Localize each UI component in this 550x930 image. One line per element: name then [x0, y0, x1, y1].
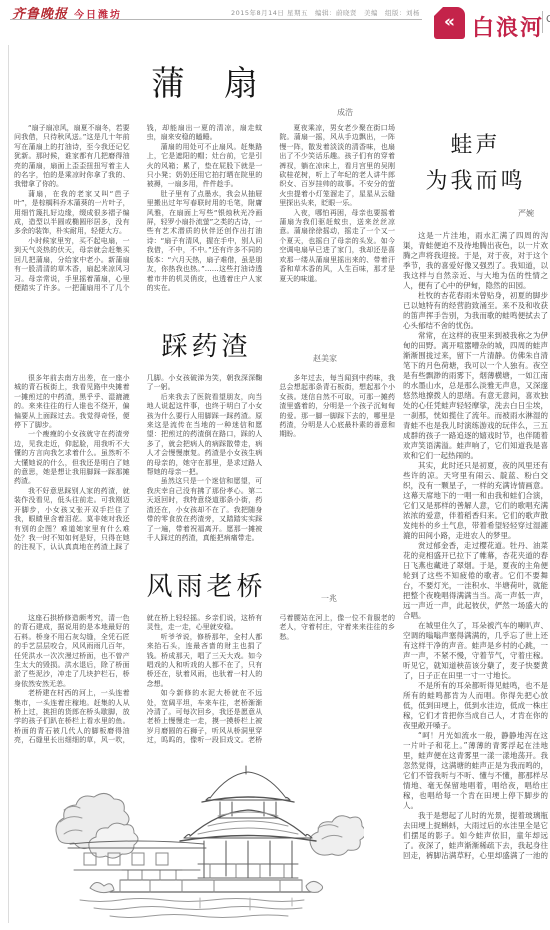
article-title: 蒲 扇: [14, 56, 395, 105]
paragraph: 不是所有的耳朵都听得见蛙鸣，也不是所有的蛙鸣都肯为人而唱。你得先把心放低，低到田…: [403, 681, 548, 731]
paragraph: 虽然这只是一个迷信和愿望，可我庆幸自己没有拂了那份孝心。第二天返回时，我特意绕道…: [147, 477, 263, 543]
article-body: 这是一片洼地，雨水汇满了四周的沟渠，青蛙便迫不及待地腾出夜色，以一片欢腾之声将我…: [403, 231, 548, 879]
paragraph: “呵！月光如流水一般，静静地泻在这一片叶子和花上。”薄薄的青雾浮起在洼地里，蛙声…: [403, 731, 548, 811]
article-author: 赵美家: [313, 353, 337, 364]
section-divider: [542, 11, 543, 33]
paragraph: 蒲扇的用处可不止扇风。赶集路上，它是遮阳的帽；灶台前，它是引火的风箱；累了，垫在…: [147, 143, 263, 190]
article-title: 踩药渣: [14, 326, 395, 363]
paragraph: 在城里住久了，耳朵被汽车的喇叭声、空调的嗡嗡声塞得满满的，几乎忘了世上还有这样干…: [403, 621, 548, 681]
article-body: 很多年前去南方出差，在一座小城的青石板街上，我看见路中央摊着一摊煎过的中药渣，黑…: [14, 374, 395, 554]
paragraph: 入夜，哪怕再困，母亲也要摇着蒲扇为我们驱赶蚊虫，送来丝丝凉意。蒲扇徐徐摇动，摇走…: [279, 209, 395, 284]
article-pushan: 蒲 扇 成浩 “扇子扇凉风，扇夏不扇冬，若要问我借，只待秋风送。”这是几十年前写…: [14, 56, 395, 312]
paragraph: 后来我去了医院看望朋友，向当地人说起这件事，也终于明白了小女孩为什么要行人用脚踩…: [147, 393, 263, 478]
page-number: C11: [546, 14, 550, 25]
pavilion-bridge-ink-sketch: [50, 752, 364, 926]
section-name: 白浪河: [472, 11, 544, 42]
paragraph: 夏夜乘凉，男女老少聚在街口场院。蒲扇一摇，风从手边飘出，一阵慢一阵，散发着淡淡的…: [279, 124, 395, 209]
guillemet-icon: «: [434, 11, 465, 33]
newspaper-page: 齐鲁晚报今日潍坊 2015年8月14日 星期五 编辑：蔚晓贤 美编 组版：刘杨 …: [0, 0, 550, 930]
article-title: 风雨老桥: [14, 566, 395, 603]
article-title-line2: 为我而鸣: [403, 164, 548, 200]
paragraph: 赏过郁金香，走过樱花道。牡丹、油菜花的竞相盛开已拉下了帷幕，杏花夹道的春日飞燕也…: [403, 541, 548, 621]
paragraph: 听爷爷说，修桥那年，全村人都来抬石头，连最吝啬的财主也捐了钱。桥成那天，唱了三天…: [147, 633, 263, 689]
article-fengyulaoqiao: 风雨老桥 一兆 这座石拱桥修造颇考究，清一色的青石建成，据说用的是本地最好的石料…: [14, 566, 395, 747]
article-caiyaozha: 踩药渣 赵美家 很多年前去南方出差，在一座小城的青石板街上，我看见路中央摊着一摊…: [14, 326, 395, 554]
article-washeng: 蛙声 为我而鸣 严婉 这是一片洼地，雨水汇满了四周的沟渠，青蛙便迫不及待地腾出夜…: [403, 128, 548, 879]
section-badge-icon: «: [434, 7, 465, 39]
paragraph: 肚子里有了点墨水，我会从抽屉里搬出过年写春联时用的毛笔，附庸风雅，在扇面上写些“…: [147, 190, 263, 293]
article-title-line1: 蛙声: [403, 128, 548, 164]
paragraph: 常常，在这样的夜里来到被我称之为伊甸的田野。离开喧嚣嘈杂的城，四周的蛙声渐渐围拢…: [403, 331, 548, 461]
paragraph: 一个瘦瘦的小女孩就守在药渣旁边，见我走近，仰起脸，用我听不大懂的方言向我乞求着什…: [14, 430, 130, 486]
paragraph: 这座石拱桥修造颇考究，清一色的青石建成，据说用的是本地最好的石料。桥身不用石灰勾…: [14, 614, 130, 689]
paragraph: 这是一片洼地，雨水汇满了四周的沟渠，青蛙便迫不及待地腾出夜色，以一片欢腾之声将我…: [403, 231, 548, 291]
left-column-rule: [8, 45, 9, 923]
header-rule: [10, 19, 422, 20]
section-header: « 白浪河 C11: [428, 4, 550, 42]
paragraph: “扇子扇凉风，扇夏不扇冬，若要问我借，只待秋风送。”这是几十年前写在蒲扇上的打油…: [14, 124, 130, 190]
paragraph: 杜牧的杏花春雨未曾贴身，初夏的脚步已以她特有的经营韵致涌至。来不及和收获的笛声挥…: [403, 291, 548, 331]
article-author: 成浩: [14, 107, 353, 118]
issue-meta: 2015年8月14日 星期五 编辑：蔚晓贤 美编 组版：刘杨: [150, 8, 420, 17]
article-author: 一兆: [321, 593, 337, 604]
article-author: 严婉: [403, 208, 548, 219]
paragraph: 其实，此时还只是初夏，夜的风里还有些许的凉。天穹里有闹云、靛蓝、粉白交织，没有一…: [403, 461, 548, 541]
paragraph: 蒲扇，在我的老家又叫“芭子叶”，是棕榈科乔木蒲葵的一片叶子，用细竹篾扎好边缘，缀…: [14, 190, 130, 237]
article-body: “扇子扇凉风，扇夏不扇冬，若要问我借，只待秋风送。”这是几十年前写在蒲扇上的打油…: [14, 124, 395, 312]
paragraph: 很多年前去南方出差，在一座小城的青石板街上，我看见路中央摊着一摊煎过的中药渣，黑…: [14, 374, 130, 430]
paragraph: 多年过去，每当闻到中药味，我总会想起那条青石板街，想起那个小女孩。迷信自然不可取…: [279, 374, 395, 440]
article-body: 这座石拱桥修造颇考究，清一色的青石建成，据说用的是本地最好的石料。桥身不用石灰勾…: [14, 614, 395, 747]
